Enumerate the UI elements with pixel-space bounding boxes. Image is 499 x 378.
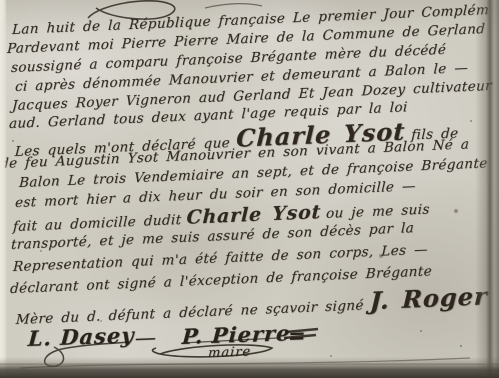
signature-dasey: L. Dasey	[27, 322, 135, 351]
page-left-margin-edge	[0, 0, 7, 378]
signature-equals-mark: =	[287, 322, 307, 348]
mayor-written-signature-roger: J. Roger	[369, 281, 488, 315]
page-gutter-shadow	[475, 0, 499, 378]
line11-suffix: ou je me suis	[326, 202, 430, 222]
manuscript-scan: Lan huit de la République française Le p…	[0, 0, 499, 378]
top-paraph-tail	[205, 4, 262, 8]
signature-separator-dash: —	[134, 325, 158, 350]
page-bottom-dark-edge	[0, 363, 499, 378]
